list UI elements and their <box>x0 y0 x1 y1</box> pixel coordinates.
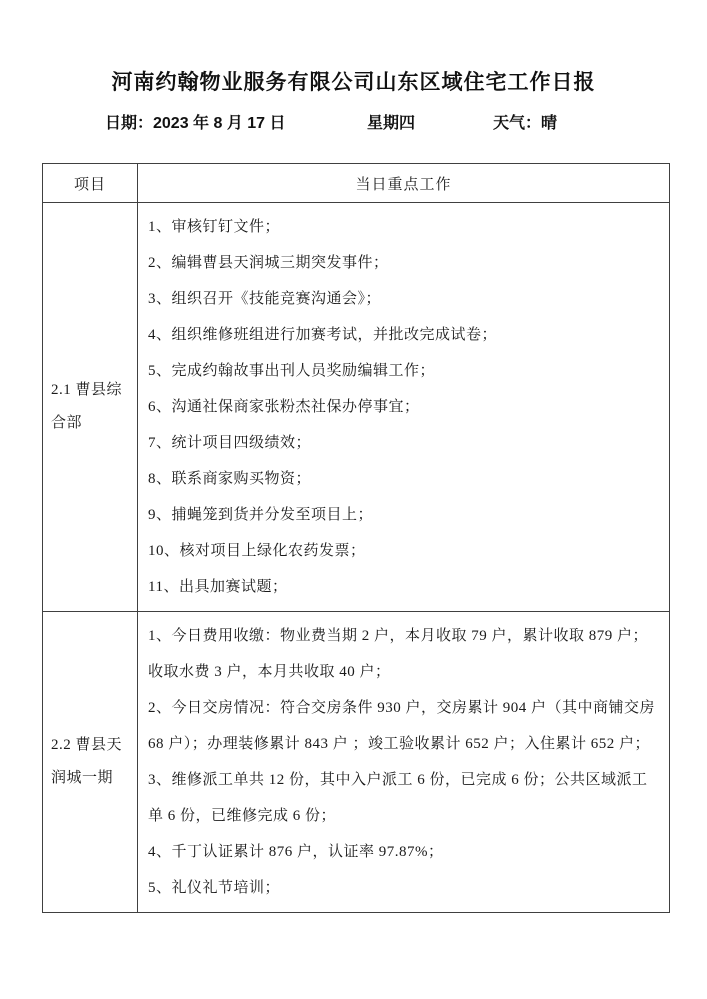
work-item: 3、维修派工单共 12 份，其中入户派工 6 份，已完成 6 份；公共区域派工单… <box>148 762 659 834</box>
table-row-caoxian-zonghebu: 2.1 曹县综合部 1、审核钉钉文件； 2、编辑曹县天润城三期突发事件； 3、组… <box>43 203 670 612</box>
work-item: 5、完成约翰故事出刊人员奖励编辑工作； <box>148 353 659 389</box>
date-label: 日期：2023 年 8 月 17 日 <box>105 110 286 133</box>
table-row-tianrun-phase1: 2.2 曹县天润城一期 1、今日费用收缴：物业费当期 2 户，本月收取 79 户… <box>43 612 670 913</box>
daily-report-table: 项目 当日重点工作 2.1 曹县综合部 1、审核钉钉文件； 2、编辑曹县天润城三… <box>42 163 670 913</box>
work-cell: 1、今日费用收缴：物业费当期 2 户，本月收取 79 户，累计收取 879 户；… <box>138 612 670 913</box>
weekday-label: 星期四 <box>367 110 415 133</box>
weather-label: 天气：晴 <box>493 110 557 133</box>
work-item: 2、编辑曹县天润城三期突发事件； <box>148 245 659 281</box>
work-cell: 1、审核钉钉文件； 2、编辑曹县天润城三期突发事件； 3、组织召开《技能竞赛沟通… <box>138 203 670 612</box>
meta-line: 日期：2023 年 8 月 17 日 星期四 天气：晴 <box>0 110 707 136</box>
work-item: 4、千丁认证累计 876 户，认证率 97.87%； <box>148 834 659 870</box>
work-item: 1、今日费用收缴：物业费当期 2 户，本月收取 79 户，累计收取 879 户；… <box>148 618 659 690</box>
project-cell: 2.1 曹县综合部 <box>43 203 138 612</box>
work-item: 9、捕蝇笼到货并分发至项目上； <box>148 497 659 533</box>
work-item: 6、沟通社保商家张粉杰社保办停事宜； <box>148 389 659 425</box>
work-item: 2、今日交房情况：符合交房条件 930 户，交房累计 904 户（其中商铺交房 … <box>148 690 659 762</box>
work-item: 5、礼仪礼节培训； <box>148 870 659 906</box>
work-item: 3、组织召开《技能竞赛沟通会》； <box>148 281 659 317</box>
page-title: 河南约翰物业服务有限公司山东区域住宅工作日报 <box>0 66 707 96</box>
project-cell: 2.2 曹县天润城一期 <box>43 612 138 913</box>
work-item: 1、审核钉钉文件； <box>148 209 659 245</box>
header-cell-work: 当日重点工作 <box>138 164 670 203</box>
work-item: 4、组织维修班组进行加赛考试，并批改完成试卷； <box>148 317 659 353</box>
work-item: 8、联系商家购买物资； <box>148 461 659 497</box>
work-item: 7、统计项目四级绩效； <box>148 425 659 461</box>
work-item: 10、核对项目上绿化农药发票； <box>148 533 659 569</box>
header-cell-project: 项目 <box>43 164 138 203</box>
table-header-row: 项目 当日重点工作 <box>43 164 670 203</box>
document-page: 河南约翰物业服务有限公司山东区域住宅工作日报 日期：2023 年 8 月 17 … <box>0 0 707 999</box>
work-item: 11、出具加赛试题； <box>148 569 659 605</box>
